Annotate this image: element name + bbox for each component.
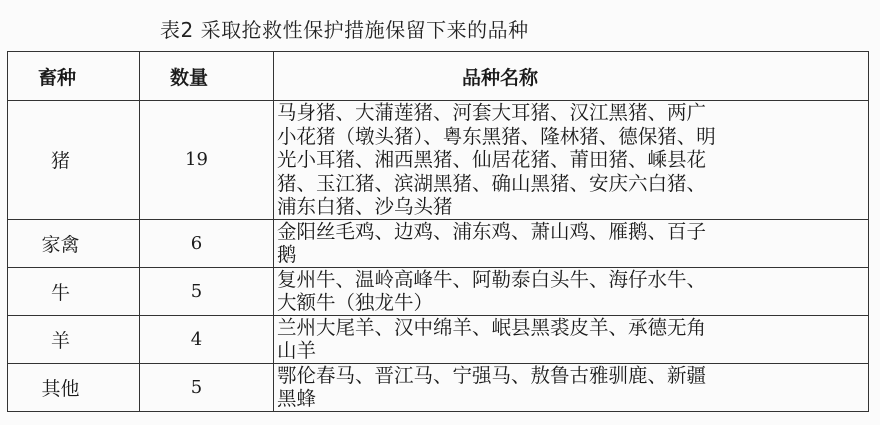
breed-names-text: 鄂伦春马、晋江马、宁强马、敖鲁古雅驯鹿、新疆黑蜂 bbox=[277, 364, 717, 411]
cell-category: 牛 bbox=[8, 267, 140, 315]
breed-names-text: 马身猪、大蒲莲猪、河套大耳猪、汉江黑猪、两广小花猪（墩头猪）、粤东黑猪、隆林猪、… bbox=[277, 101, 717, 219]
table-header-row: 畜种 数量 品种名称 bbox=[8, 52, 869, 101]
cell-names: 金阳丝毛鸡、边鸡、浦东鸡、萧山鸡、雁鹅、百子鹅 bbox=[274, 219, 869, 267]
cell-category: 其他 bbox=[8, 363, 140, 411]
cell-category: 羊 bbox=[8, 315, 140, 363]
cell-count: 19 bbox=[140, 101, 274, 220]
cell-category: 家禽 bbox=[8, 219, 140, 267]
cell-names: 兰州大尾羊、汉中绵羊、岷县黑裘皮羊、承德无角山羊 bbox=[274, 315, 869, 363]
breed-names-text: 复州牛、温岭高峰牛、阿勒泰白头牛、海仔水牛、大额牛（独龙牛） bbox=[277, 268, 717, 315]
table-caption: 表2 采取抢救性保护措施保留下来的品种 bbox=[160, 17, 529, 43]
table-row: 羊 4 兰州大尾羊、汉中绵羊、岷县黑裘皮羊、承德无角山羊 bbox=[8, 315, 869, 363]
breed-names-text: 兰州大尾羊、汉中绵羊、岷县黑裘皮羊、承德无角山羊 bbox=[277, 316, 717, 363]
cell-names: 复州牛、温岭高峰牛、阿勒泰白头牛、海仔水牛、大额牛（独龙牛） bbox=[274, 267, 869, 315]
breeds-table: 畜种 数量 品种名称 猪 19 马身猪、大蒲莲猪、河套大耳猪、汉江黑猪、两广小花… bbox=[7, 51, 869, 412]
header-category: 畜种 bbox=[8, 52, 140, 101]
cell-count: 5 bbox=[140, 267, 274, 315]
breed-names-text: 金阳丝毛鸡、边鸡、浦东鸡、萧山鸡、雁鹅、百子鹅 bbox=[277, 220, 717, 267]
cell-count: 5 bbox=[140, 363, 274, 411]
table-row: 其他 5 鄂伦春马、晋江马、宁强马、敖鲁古雅驯鹿、新疆黑蜂 bbox=[8, 363, 869, 411]
cell-names: 马身猪、大蒲莲猪、河套大耳猪、汉江黑猪、两广小花猪（墩头猪）、粤东黑猪、隆林猪、… bbox=[274, 101, 869, 220]
cell-category: 猪 bbox=[8, 101, 140, 220]
cell-names: 鄂伦春马、晋江马、宁强马、敖鲁古雅驯鹿、新疆黑蜂 bbox=[274, 363, 869, 411]
header-count: 数量 bbox=[140, 52, 274, 101]
cell-count: 6 bbox=[140, 219, 274, 267]
cell-count: 4 bbox=[140, 315, 274, 363]
table-row: 猪 19 马身猪、大蒲莲猪、河套大耳猪、汉江黑猪、两广小花猪（墩头猪）、粤东黑猪… bbox=[8, 101, 869, 220]
header-names: 品种名称 bbox=[274, 52, 869, 101]
table-row: 家禽 6 金阳丝毛鸡、边鸡、浦东鸡、萧山鸡、雁鹅、百子鹅 bbox=[8, 219, 869, 267]
table-row: 牛 5 复州牛、温岭高峰牛、阿勒泰白头牛、海仔水牛、大额牛（独龙牛） bbox=[8, 267, 869, 315]
